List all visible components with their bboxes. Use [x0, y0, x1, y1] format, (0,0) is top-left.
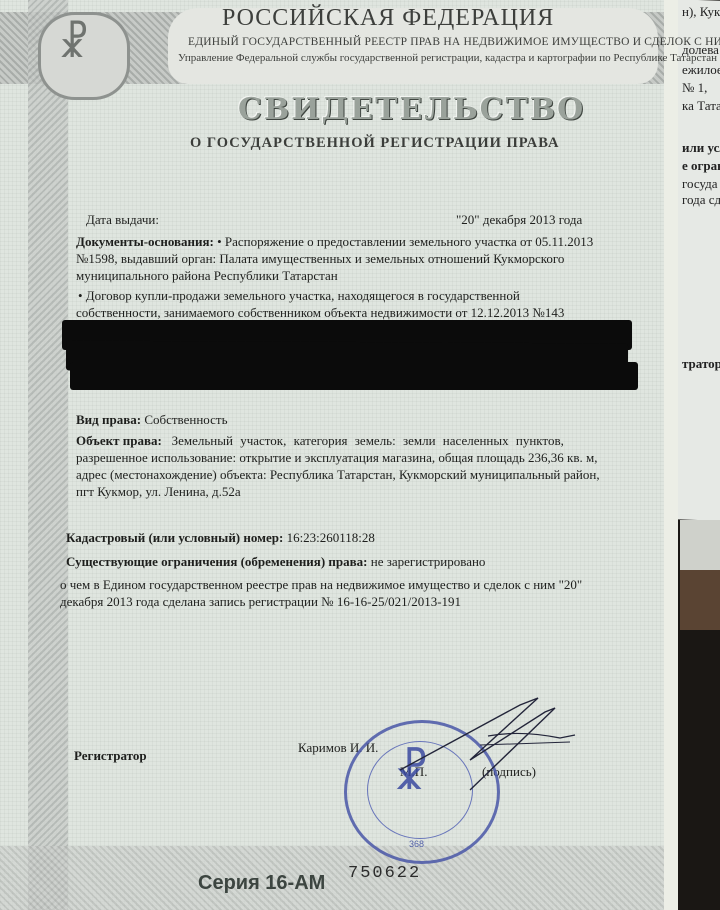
certificate-sheet: ☧ РОССИЙСКАЯ ФЕДЕРАЦИЯ Единый государств… [0, 0, 678, 910]
serial-number: 750622 [348, 864, 421, 883]
series-label: Серия 16-АМ [198, 872, 325, 895]
handwritten-signature [0, 0, 720, 910]
